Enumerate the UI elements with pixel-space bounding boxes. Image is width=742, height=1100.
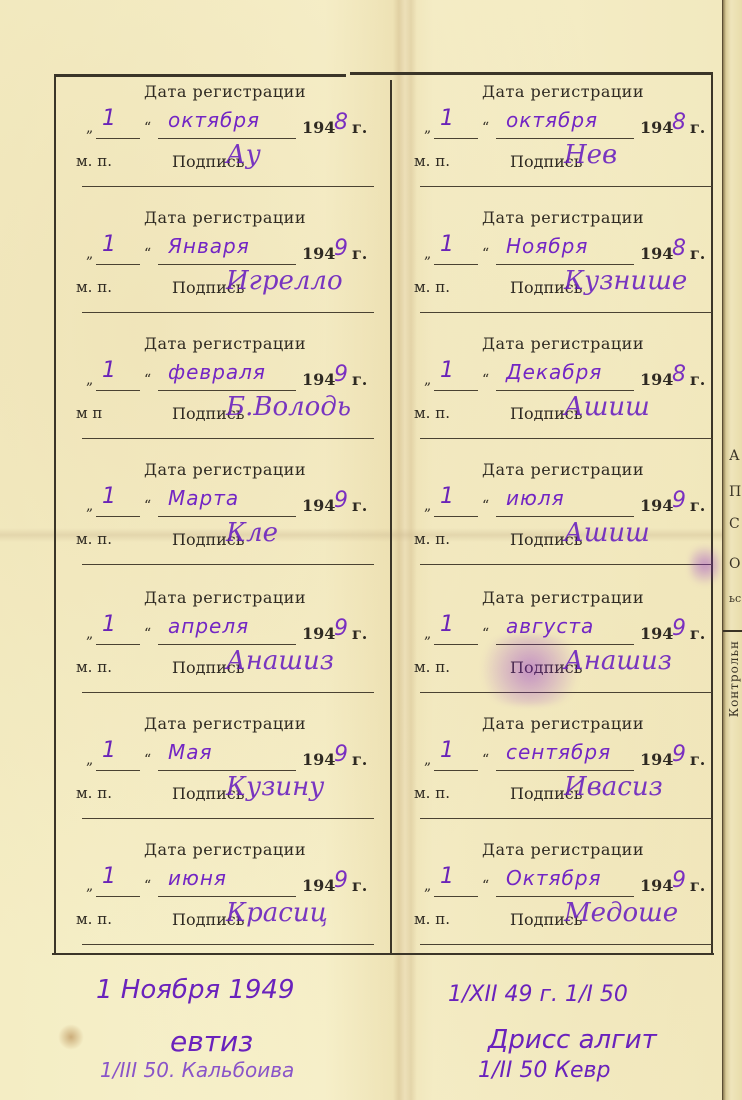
registration-title: Дата регистрации <box>398 208 728 227</box>
day-value: 1 <box>440 358 454 383</box>
ink-blot <box>690 540 720 590</box>
entry-divider <box>420 944 712 945</box>
year-prefix: 194 <box>302 876 335 895</box>
registration-entry: Дата регистрации „ 1 “ Января 194 9 г. м… <box>60 208 390 334</box>
signature-line: м. п. Подпись Ау <box>76 152 386 176</box>
month-underline <box>158 770 296 771</box>
quote-open: „ <box>86 498 93 514</box>
day-value: 1 <box>102 612 116 637</box>
signature-line: м. п. Подпись Ивасиз <box>414 784 724 808</box>
year-digit: 9 <box>334 488 348 513</box>
adjacent-fragment: А <box>729 448 740 464</box>
quote-mid: “ <box>144 752 151 768</box>
stamp-place-label: м. п. <box>76 910 112 928</box>
registration-title: Дата регистрации <box>398 82 728 101</box>
day-underline <box>96 264 140 265</box>
adjacent-fragment: П <box>729 484 741 500</box>
month-value: апреля <box>168 614 249 638</box>
year-digit: 8 <box>672 236 686 261</box>
stamp-place-label: м. п. <box>414 784 450 802</box>
month-value: Ноября <box>506 234 588 258</box>
month-underline <box>496 516 634 517</box>
ink-blot <box>470 635 590 705</box>
stamp-place-label: м. п. <box>76 530 112 548</box>
signature-line: м. п. Подпись Медоше <box>414 910 724 934</box>
signature-value: Кле <box>226 518 278 548</box>
registration-title: Дата регистрации <box>398 714 728 733</box>
quote-open: „ <box>86 120 93 136</box>
registration-date: „ 1 “ Декабря 194 8 г. <box>424 370 724 394</box>
day-value: 1 <box>440 864 454 889</box>
entry-divider <box>420 564 712 565</box>
quote-mid: “ <box>482 246 489 262</box>
signature-value: Кузину <box>226 772 324 802</box>
month-value: Января <box>168 234 250 258</box>
month-underline <box>158 516 296 517</box>
registration-entry: Дата регистрации „ 1 “ апреля 194 9 г. м… <box>60 588 390 714</box>
stamp-place-label: м. п. <box>76 152 112 170</box>
day-underline <box>434 516 478 517</box>
year-prefix: 194 <box>302 624 335 643</box>
signature-value: Игрелло <box>226 266 343 296</box>
adjacent-vertical-label: Контрольн <box>727 640 741 717</box>
year-suffix: г. <box>352 118 367 137</box>
registration-title: Дата регистрации <box>398 588 728 607</box>
stamp-place-label: м п <box>76 404 102 422</box>
month-underline <box>496 896 634 897</box>
registration-entry: Дата регистрации „ 1 “ Ноября 194 8 г. м… <box>398 208 728 334</box>
day-underline <box>96 138 140 139</box>
registration-title: Дата регистрации <box>60 840 390 859</box>
registration-title: Дата регистрации <box>398 460 728 479</box>
signature-line: м. п. Подпись Кузину <box>76 784 386 808</box>
month-value: октября <box>168 108 260 132</box>
registration-entry: Дата регистрации „ 1 “ Марта 194 9 г. м.… <box>60 460 390 586</box>
month-underline <box>158 644 296 645</box>
registration-title: Дата регистрации <box>60 334 390 353</box>
quote-mid: “ <box>144 498 151 514</box>
entry-divider <box>82 944 374 945</box>
note-right-1: 1/XII 49 г. 1/I 50 <box>448 982 628 1007</box>
month-underline <box>496 390 634 391</box>
registration-entry: Дата регистрации „ 1 “ сентября 194 9 г.… <box>398 714 728 840</box>
month-value: Октября <box>506 866 602 890</box>
note-right-2: Дрисс алгит <box>488 1025 657 1055</box>
year-suffix: г. <box>352 496 367 515</box>
registration-date: „ 1 “ сентября 194 9 г. <box>424 750 724 774</box>
signature-line: м. п. Подпись Анашиз <box>76 658 386 682</box>
day-underline <box>434 896 478 897</box>
day-value: 1 <box>440 612 454 637</box>
month-underline <box>158 896 296 897</box>
note-right-3: 1/II 50 Кевр <box>478 1058 610 1083</box>
quote-mid: “ <box>482 120 489 136</box>
quote-open: „ <box>86 626 93 642</box>
month-value: Декабря <box>506 360 602 384</box>
year-prefix: 194 <box>302 244 335 263</box>
year-digit: 9 <box>334 362 348 387</box>
month-underline <box>158 264 296 265</box>
stamp-place-label: м. п. <box>414 530 450 548</box>
note-left-2: евтиз <box>170 1025 253 1058</box>
quote-mid: “ <box>144 372 151 388</box>
year-digit: 8 <box>672 110 686 135</box>
quote-open: „ <box>424 120 431 136</box>
signature-line: м. п. Подпись Кле <box>76 530 386 554</box>
registration-title: Дата регистрации <box>60 208 390 227</box>
quote-mid: “ <box>482 372 489 388</box>
registration-title: Дата регистрации <box>60 82 390 101</box>
month-underline <box>496 138 634 139</box>
signature-value: Ашиш <box>564 392 650 422</box>
stamp-place-label: м. п. <box>414 658 450 676</box>
year-digit: 9 <box>672 742 686 767</box>
year-digit: 9 <box>334 742 348 767</box>
day-value: 1 <box>102 484 116 509</box>
month-value: сентября <box>506 740 611 764</box>
quote-open: „ <box>424 498 431 514</box>
day-underline <box>434 138 478 139</box>
entry-divider <box>420 186 712 187</box>
left-frame-top <box>54 74 346 77</box>
quote-open: „ <box>86 878 93 894</box>
day-underline <box>434 264 478 265</box>
signature-value: Красиц <box>226 898 328 928</box>
year-suffix: г. <box>352 624 367 643</box>
signature-value: Анашиз <box>226 646 334 676</box>
note-left-3: 1/III 50. Кальбоива <box>100 1058 294 1082</box>
registration-date: „ 1 “ февраля 194 9 г. <box>86 370 386 394</box>
quote-open: „ <box>86 372 93 388</box>
signature-line: м. п. Подпись Ашиш <box>414 530 724 554</box>
entry-divider <box>82 312 374 313</box>
signature-line: м. п. Подпись Красиц <box>76 910 386 934</box>
year-digit: 9 <box>334 616 348 641</box>
signature-value: Медоше <box>564 898 678 928</box>
registration-entry: Дата регистрации „ 1 “ февраля 194 9 г. … <box>60 334 390 460</box>
year-prefix: 194 <box>640 624 673 643</box>
adjacent-fragment: С <box>729 516 740 532</box>
stamp-place-label: м. п. <box>414 910 450 928</box>
signature-value: Кузнише <box>564 266 687 296</box>
signature-value: Б.Володь <box>226 392 351 422</box>
quote-open: „ <box>424 372 431 388</box>
year-prefix: 194 <box>302 750 335 769</box>
month-value: февраля <box>168 360 266 384</box>
day-value: 1 <box>102 232 116 257</box>
registration-title: Дата регистрации <box>398 334 728 353</box>
entry-divider <box>82 818 374 819</box>
year-prefix: 194 <box>640 370 673 389</box>
quote-mid: “ <box>144 626 151 642</box>
year-digit: 8 <box>672 362 686 387</box>
adjacent-fragment: О <box>729 556 740 572</box>
registration-date: „ 1 “ Октября 194 9 г. <box>424 876 724 900</box>
year-prefix: 194 <box>302 370 335 389</box>
quote-mid: “ <box>482 752 489 768</box>
year-digit: 9 <box>334 236 348 261</box>
year-prefix: 194 <box>640 750 673 769</box>
entry-divider <box>420 818 712 819</box>
quote-mid: “ <box>144 246 151 262</box>
year-prefix: 194 <box>640 244 673 263</box>
year-suffix: г. <box>352 244 367 263</box>
registration-date: „ 1 “ апреля 194 9 г. <box>86 624 386 648</box>
registration-title: Дата регистрации <box>398 840 728 859</box>
adjacent-page-edge: А П С О ьс Контрольн <box>722 0 742 1100</box>
day-underline <box>96 770 140 771</box>
month-underline <box>496 264 634 265</box>
year-prefix: 194 <box>302 496 335 515</box>
stamp-place-label: м. п. <box>414 404 450 422</box>
month-underline <box>158 138 296 139</box>
quote-open: „ <box>86 752 93 768</box>
registration-date: „ 1 “ июня 194 9 г. <box>86 876 386 900</box>
signature-value: Ашиш <box>564 518 650 548</box>
year-prefix: 194 <box>640 496 673 515</box>
signature-line: м. п. Подпись Нев <box>414 152 724 176</box>
day-underline <box>434 644 478 645</box>
quote-open: „ <box>424 626 431 642</box>
left-frame-border <box>54 76 56 954</box>
day-value: 1 <box>440 106 454 131</box>
year-suffix: г. <box>352 750 367 769</box>
registration-entry: Дата регистрации „ 1 “ июля 194 9 г. м. … <box>398 460 728 586</box>
day-underline <box>96 390 140 391</box>
registration-date: „ 1 “ октября 194 8 г. <box>424 118 724 142</box>
month-value: Мая <box>168 740 213 764</box>
signature-line: м. п. Подпись Кузнише <box>414 278 724 302</box>
year-suffix: г. <box>352 876 367 895</box>
year-suffix: г. <box>352 370 367 389</box>
month-value: июля <box>506 486 565 510</box>
registration-entry: Дата регистрации „ 1 “ октября 194 8 г. … <box>398 82 728 208</box>
year-suffix: г. <box>690 370 705 389</box>
day-underline <box>434 770 478 771</box>
adjacent-fragment: ьс <box>729 592 741 605</box>
year-digit: 9 <box>672 616 686 641</box>
quote-open: „ <box>424 878 431 894</box>
signature-line: м. п. Подпись Игрелло <box>76 278 386 302</box>
stain-mark <box>58 1024 84 1050</box>
registration-title: Дата регистрации <box>60 588 390 607</box>
day-underline <box>96 644 140 645</box>
quote-open: „ <box>424 246 431 262</box>
entry-divider <box>82 692 374 693</box>
day-underline <box>96 896 140 897</box>
year-prefix: 194 <box>640 876 673 895</box>
quote-mid: “ <box>482 626 489 642</box>
registration-entry: Дата регистрации „ 1 “ Октября 194 9 г. … <box>398 840 728 966</box>
year-digit: 9 <box>672 488 686 513</box>
year-suffix: г. <box>690 876 705 895</box>
entry-divider <box>82 564 374 565</box>
registration-entry: Дата регистрации „ 1 “ Мая 194 9 г. м. п… <box>60 714 390 840</box>
day-value: 1 <box>102 358 116 383</box>
quote-mid: “ <box>482 498 489 514</box>
entry-divider <box>420 438 712 439</box>
registration-date: „ 1 “ Января 194 9 г. <box>86 244 386 268</box>
entry-divider <box>82 186 374 187</box>
quote-mid: “ <box>144 878 151 894</box>
day-underline <box>434 390 478 391</box>
entry-divider <box>82 438 374 439</box>
quote-mid: “ <box>482 878 489 894</box>
stamp-place-label: м. п. <box>76 784 112 802</box>
quote-open: „ <box>86 246 93 262</box>
day-value: 1 <box>440 484 454 509</box>
stamp-place-label: м. п. <box>414 278 450 296</box>
day-underline <box>96 516 140 517</box>
day-value: 1 <box>102 738 116 763</box>
adjacent-rule <box>723 630 742 632</box>
year-suffix: г. <box>690 118 705 137</box>
quote-mid: “ <box>144 120 151 136</box>
right-frame-top <box>350 72 713 75</box>
month-underline <box>496 770 634 771</box>
year-prefix: 194 <box>640 118 673 137</box>
note-left-1: 1 Ноября 1949 <box>96 975 295 1005</box>
year-digit: 9 <box>334 868 348 893</box>
signature-value: Ау <box>226 140 261 170</box>
registration-date: „ 1 “ октября 194 8 г. <box>86 118 386 142</box>
registration-date: „ 1 “ Марта 194 9 г. <box>86 496 386 520</box>
stamp-place-label: м. п. <box>76 278 112 296</box>
stamp-place-label: м. п. <box>414 152 450 170</box>
signature-value: Ивасиз <box>564 772 663 802</box>
signature-line: м. п. Подпись Ашиш <box>414 404 724 428</box>
year-prefix: 194 <box>302 118 335 137</box>
day-value: 1 <box>440 738 454 763</box>
year-suffix: г. <box>690 496 705 515</box>
center-frame-border <box>390 80 392 954</box>
day-value: 1 <box>440 232 454 257</box>
registration-date: „ 1 “ Ноября 194 8 г. <box>424 244 724 268</box>
year-digit: 9 <box>672 868 686 893</box>
month-value: октября <box>506 108 598 132</box>
month-value: Марта <box>168 486 239 510</box>
year-digit: 8 <box>334 110 348 135</box>
registration-date: „ 1 “ июля 194 9 г. <box>424 496 724 520</box>
quote-open: „ <box>424 752 431 768</box>
registration-title: Дата регистрации <box>60 714 390 733</box>
year-suffix: г. <box>690 244 705 263</box>
day-value: 1 <box>102 864 116 889</box>
year-suffix: г. <box>690 624 705 643</box>
day-value: 1 <box>102 106 116 131</box>
month-value: июня <box>168 866 227 890</box>
signature-value: Нев <box>564 140 617 170</box>
registration-entry: Дата регистрации „ 1 “ Декабря 194 8 г. … <box>398 334 728 460</box>
month-underline <box>158 390 296 391</box>
registration-entry: Дата регистрации „ 1 “ июня 194 9 г. м. … <box>60 840 390 966</box>
registration-title: Дата регистрации <box>60 460 390 479</box>
year-suffix: г. <box>690 750 705 769</box>
entry-divider <box>420 312 712 313</box>
registration-date: „ 1 “ Мая 194 9 г. <box>86 750 386 774</box>
registration-entry: Дата регистрации „ 1 “ октября 194 8 г. … <box>60 82 390 208</box>
signature-line: м п Подпись Б.Володь <box>76 404 386 428</box>
stamp-place-label: м. п. <box>76 658 112 676</box>
